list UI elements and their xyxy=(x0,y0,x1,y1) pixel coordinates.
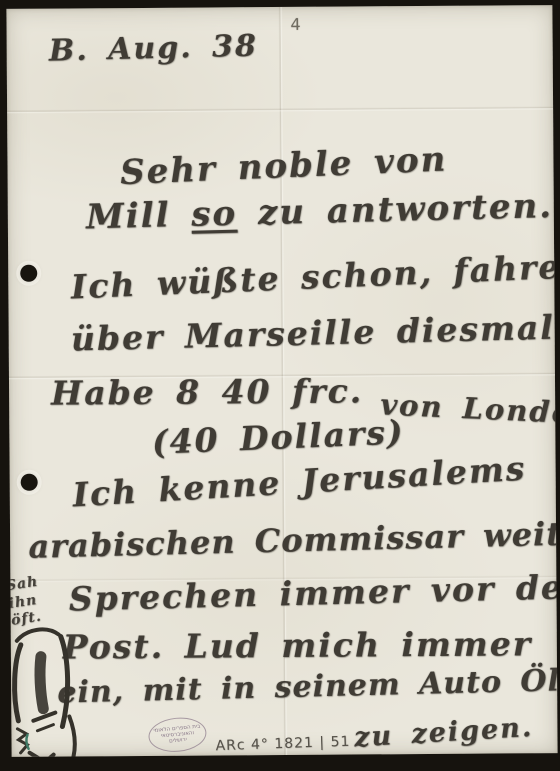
letter-line-1: Sehr noble von xyxy=(119,142,448,190)
letter-line-2-post: zu antworten. xyxy=(237,186,554,234)
doodle-face-sketch xyxy=(6,616,103,757)
letter-line-2: Mill so zu antworten. xyxy=(86,189,554,234)
punch-hole-bottom xyxy=(21,474,38,491)
letter-line-5b: von London. xyxy=(380,390,558,429)
archive-shelfmark: ARc 4° 1821 | 51 xyxy=(215,734,350,754)
letter-line-12: zu zeigen. xyxy=(353,714,534,752)
letter-line-6: (40 Dollars) xyxy=(151,415,405,459)
letter-line-3: Ich wüßte schon, fahre xyxy=(70,250,557,304)
letter-page: 4 B. Aug. 38 Sehr noble von Mill so zu a… xyxy=(6,5,557,757)
letter-line-5a: Habe 8 40 frc. xyxy=(51,374,363,409)
letter-line-4: über Marseille diesmal. xyxy=(71,310,558,355)
letter-line-2-underlined-word: so xyxy=(191,194,238,235)
library-stamp: בית הספרים הלאומי והאוניברסיטאי ירושלים xyxy=(147,715,208,754)
letter-line-10: Post. Lud mich immer xyxy=(63,627,533,663)
date-line: B. Aug. 38 xyxy=(49,32,259,67)
library-stamp-line-3: ירושלים xyxy=(169,737,187,745)
letter-line-8: arabischen Commissar weit xyxy=(28,518,558,563)
letter-line-11: ein, mit in seinem Auto Ölberg xyxy=(57,664,558,708)
letter-line-2-pre: Mill xyxy=(86,195,192,238)
punch-hole-top xyxy=(20,265,37,282)
letter-line-9: Sprechen immer vor der xyxy=(68,570,557,616)
letter-line-7: Ich kenne Jerusalems xyxy=(72,452,527,512)
page-number: 4 xyxy=(290,15,300,34)
